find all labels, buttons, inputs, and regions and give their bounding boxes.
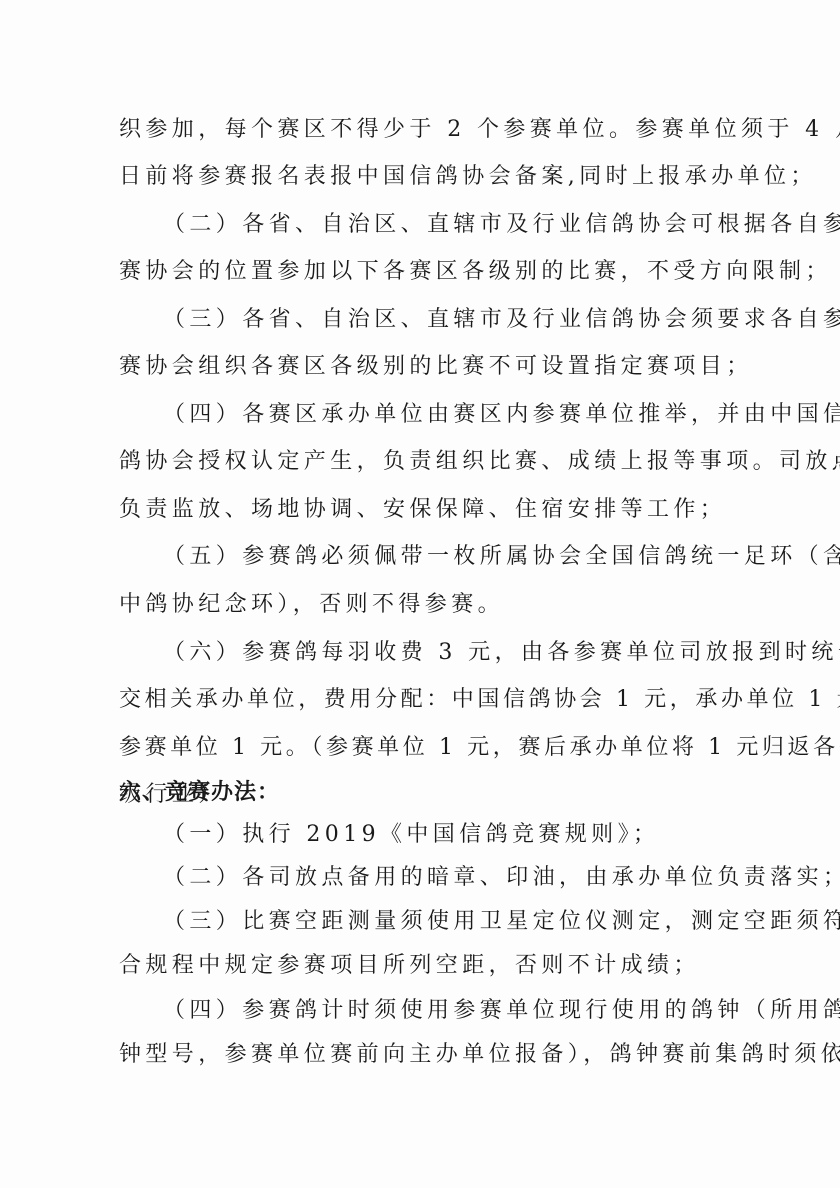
paragraph-line: 负责监放、场地协调、安保保障、住宿安排等工作； [119,495,734,525]
paragraph-line: 交相关承办单位，费用分配：中国信鸽协会 1 元，承办单位 1 元， [119,685,734,715]
section-line: （四）参赛鸽计时须使用参赛单位现行使用的鸽钟（所用鸽 [163,996,734,1026]
paragraph-line: 日前将参赛报名表报中国信鸽协会备案,同时上报承办单位； [119,162,734,192]
paragraph-line: （五）参赛鸽必须佩带一枚所属协会全国信鸽统一足环（含 [163,542,734,572]
paragraph-line: 中鸽协纪念环），否则不得参赛。 [119,590,734,620]
paragraph-line: 织参加，每个赛区不得少于 2 个参赛单位。参赛单位须于 4 月 1 [119,115,734,145]
document-page: 织参加，每个赛区不得少于 2 个参赛单位。参赛单位须于 4 月 1 日前将参赛报… [0,0,840,1188]
paragraph-line: 赛协会的位置参加以下各赛区各级别的比赛，不受方向限制； [119,257,734,287]
paragraph-line: （二）各省、自治区、直辖市及行业信鸽协会可根据各自参 [163,210,734,240]
section-line: （三）比赛空距测量须使用卫星定位仪测定，测定空距须符 [163,907,734,937]
paragraph-line: （四）各赛区承办单位由赛区内参赛单位推举，并由中国信 [163,400,734,430]
paragraph-line: 鸽协会授权认定产生，负责组织比赛、成绩上报等事项。司放点 [119,447,734,477]
paragraph-line: （六）参赛鸽每羽收费 3 元，由各参赛单位司放报到时统一 [163,638,734,668]
paragraph-line: 赛协会组织各赛区各级别的比赛不可设置指定赛项目； [119,352,734,382]
section-line: （二）各司放点备用的暗章、印油，由承办单位负责落实； [163,863,778,893]
section-heading: 六、竞赛办法： [119,778,280,808]
section-line: 钟型号，参赛单位赛前向主办单位报备），鸽钟赛前集鸽时须依 [119,1040,734,1070]
paragraph-line: 参赛单位 1 元。（参赛单位 1 元，赛后承办单位将 1 元归返各省 [119,733,734,763]
paragraph-line: （三）各省、自治区、直辖市及行业信鸽协会须要求各自参 [163,305,734,335]
section-line: 合规程中规定参赛项目所列空距，否则不计成绩； [119,951,734,981]
section-line: （一）执行 2019《中国信鸽竞赛规则》； [163,820,778,850]
